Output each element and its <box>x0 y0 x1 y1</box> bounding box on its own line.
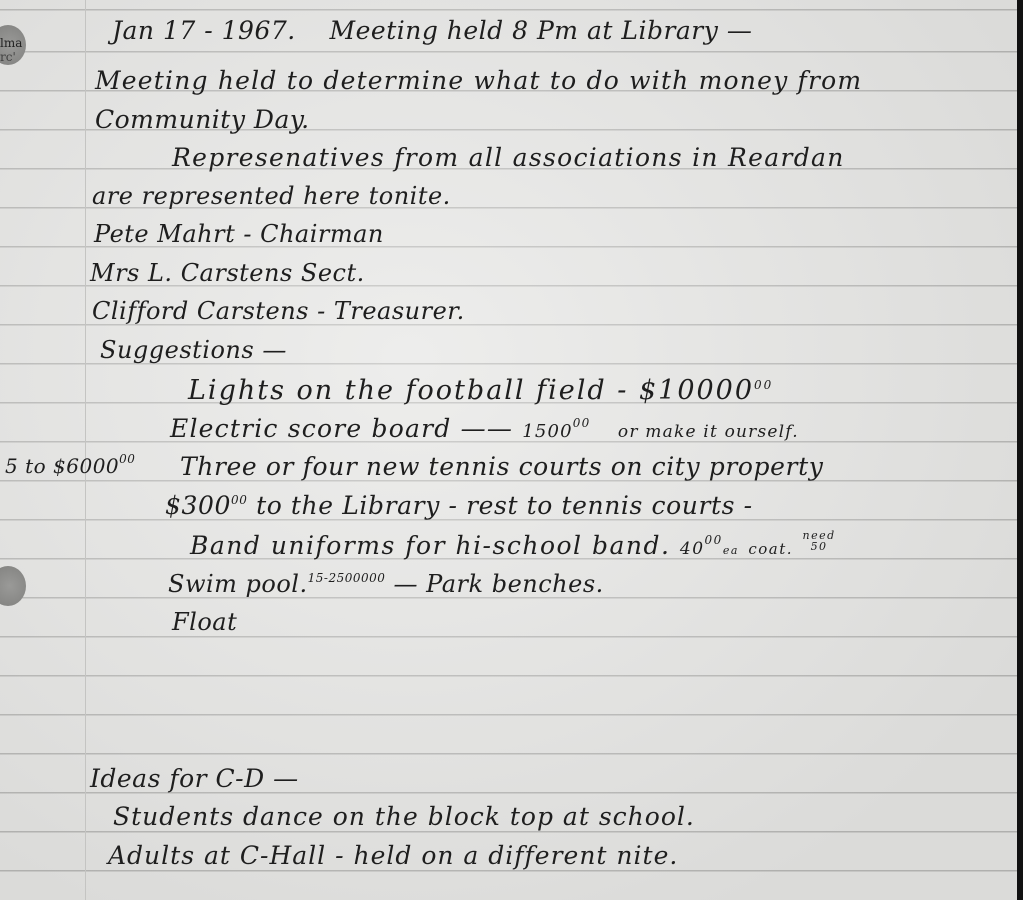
suggestion-item: Three or four new tennis courts on city … <box>180 452 823 481</box>
suggestion-cost: 1500 <box>522 421 573 442</box>
suggestion-cost: 15-25000 <box>308 571 370 585</box>
treasurer-line: Clifford Carstens - Treasurer. <box>92 297 465 325</box>
suggestion-cost: $300 <box>165 491 231 520</box>
suggestion-item: Band uniforms for hi-school band. 4000ea… <box>190 530 836 560</box>
idea-item: Students dance on the block top at schoo… <box>113 802 695 831</box>
header-line: Jan 17 - 1967. Meeting held 8 Pm at Libr… <box>112 16 752 45</box>
punch-hole-fragment-text: lma rc' <box>0 36 22 64</box>
text-line: Represenatives from all associations in … <box>172 143 845 172</box>
ideas-heading: Ideas for C-D — <box>90 764 299 793</box>
suggestion-item: Swim pool.15-2500000 — Park benches. <box>168 570 604 598</box>
suggestion-item: Electric score board —— 150000 or make i… <box>170 414 799 443</box>
suggestion-item: $30000 to the Library - rest to tennis c… <box>165 491 753 520</box>
notebook-page: lma rc' Jan 17 - 1967. Meeting held 8 Pm… <box>0 0 1023 900</box>
text-line: Meeting held to determine what to do wit… <box>95 66 862 95</box>
suggestion-cost: 40 <box>680 539 705 559</box>
need-note: need 50 <box>802 530 835 552</box>
margin-line <box>85 0 86 900</box>
suggestion-item: Float <box>172 608 237 636</box>
chairman-line: Pete Mahrt - Chairman <box>94 220 384 248</box>
idea-item: Adults at C-Hall - held on a different n… <box>108 841 678 870</box>
punch-hole-bottom <box>0 566 26 606</box>
meeting-location: Meeting held 8 Pm at Library — <box>330 16 753 45</box>
meeting-date: Jan 17 - 1967. <box>112 16 296 45</box>
suggestions-heading: Suggestions — <box>100 336 287 364</box>
margin-note: 5 to $600000 <box>5 452 135 478</box>
suggestion-item: Lights on the football field - $1000000 <box>188 375 773 406</box>
text-line: Community Day. <box>95 105 310 134</box>
suggestion-note: or make it ourself. <box>618 422 799 442</box>
suggestion-cost: $10000 <box>639 375 754 406</box>
page-edge-border <box>1017 0 1023 900</box>
secretary-line: Mrs L. Carstens Sect. <box>90 259 365 287</box>
text-line: are represented here tonite. <box>92 182 451 210</box>
